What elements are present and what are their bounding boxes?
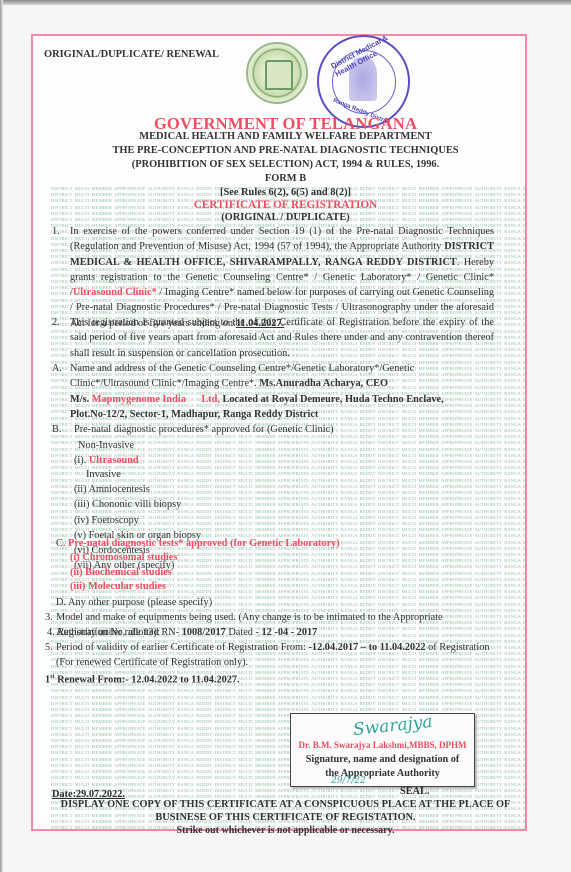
strike-out-note: Strike out whichever is not applicable o…	[0, 825, 571, 836]
seal-label: SEAL.	[400, 786, 429, 797]
ultrasound-prefix: (i).	[74, 455, 86, 466]
renewal-period: 1st Renewal From:- 12.04.2022 to 11.04.2…	[45, 670, 240, 688]
validity-label: Period of validity of earlier Certificat…	[56, 642, 306, 653]
clause-1-text: In exercise of the powers conferred unde…	[70, 226, 494, 252]
list-item: (i) Chromosomal studies	[70, 551, 177, 566]
list-item: (ii) Biochemical studies	[70, 566, 177, 581]
clause-2-number: 2.	[52, 315, 60, 330]
section-a: Name and address of the Genetic Counseli…	[70, 361, 490, 422]
signature-box: Swarajya Dr. B.M. Swarajya Lakshmi,MBBS,…	[290, 713, 475, 787]
clause-4: 4. Registration No. allotted RN- 1008/20…	[47, 625, 317, 640]
genetic-tests-list: (i) Chromosomal studies(ii) Biochemical …	[70, 551, 177, 595]
clause-4-number: 4.	[47, 627, 55, 638]
company-name: Mapmygenome India	[92, 394, 186, 405]
procedure-ultrasound: (i). Ultrasound	[74, 453, 139, 468]
display-notice-1: DISPLAY ONE COPY OF THIS CERTIFICATE AT …	[0, 799, 571, 810]
validity-from: -12.04.2017	[309, 642, 359, 653]
certificate-title: CERTIFICATE OF REGISTRATION	[0, 199, 571, 211]
handwritten-date: 29/7/22	[331, 776, 366, 786]
list-item: (iv) Foetoscopy	[74, 513, 201, 528]
section-c-heading: C. Pre-natal diagnostic tests* approved …	[56, 536, 340, 551]
department-title: MEDICAL HEALTH AND FAMILY WELFARE DEPART…	[0, 131, 571, 142]
form-label: FORM B	[0, 173, 571, 184]
address-line-2: Plot.No-12/2, Sector-1, Madhapur, Ranga …	[70, 409, 318, 420]
renewal-ordinal-suffix: st	[50, 674, 54, 680]
signature-scribble: Swarajya	[352, 712, 433, 740]
owner-name: Ms.Anuradha Acharya, CEO	[259, 378, 388, 389]
display-notice-2: BUSINESE OF THIS CERTIFICATE OF REGISTAT…	[0, 812, 571, 823]
registration-date: 12 -04 - 2017	[262, 627, 318, 638]
copy-type-label: ORIGINAL/DUPLICATE/ RENEWAL	[44, 49, 219, 60]
act-title-line-1: THE PRE-CONCEPTION AND PRE-NATAL DIAGNOS…	[0, 145, 571, 156]
invasive-label: Invasive	[86, 467, 121, 482]
signature-label-2: the Appropriate Authority	[291, 768, 474, 779]
non-invasive-label: Non-Invasive	[78, 438, 134, 453]
list-item: (ii) Amniocentesis	[74, 482, 201, 497]
clause-2: This registration is granted subject to …	[70, 315, 494, 361]
ultrasound-label: Ultrasound	[89, 455, 139, 466]
address-line-1: Located at Royal Demeure, Huda Techno En…	[223, 394, 444, 405]
scan-edge-top	[0, 0, 571, 5]
registration-number-label: Registration No. allotted RN-	[57, 627, 179, 638]
registration-number: 1008/2017	[182, 627, 226, 638]
section-d: D. Any other purpose (please specify)	[56, 595, 212, 610]
renewal-text: Renewal From:- 12.04.2022 to 11.04.2027.	[57, 674, 240, 685]
clause-5-number: 5.	[45, 640, 53, 655]
section-c-label: C.	[56, 538, 65, 549]
list-item: (iii) Molecular studies	[70, 580, 177, 595]
section-c-text: Pre-natal diagnostic tests* approved (fo…	[68, 538, 340, 549]
section-a-label: A.	[52, 361, 62, 376]
certificate-subtitle: (ORIGINAL / DUPLICATE)	[0, 212, 571, 223]
validity-to: – to 11.04.2022	[361, 642, 426, 653]
emblem-gateway-icon	[265, 60, 293, 90]
registration-dated-label: Dated -	[228, 627, 259, 638]
clause-5: Period of validity of earlier Certificat…	[56, 640, 496, 671]
clause-3-number: 3.	[45, 610, 53, 625]
section-b-text: Pre-natal diagnostic procedures* approve…	[74, 422, 334, 437]
signature-label-1: Signature, name and designation of	[291, 754, 474, 765]
ultrasound-clinic-highlight: Ultrasound Clinic*	[73, 287, 157, 298]
ms-prefix: M/s.	[70, 394, 89, 405]
signatory-name: Dr. B.M. Swarajya Lakshmi,MBBS, DPHM	[291, 740, 474, 750]
telangana-emblem-icon	[246, 42, 308, 104]
act-title-line-2: (PROHIBITION OF SEX SELECTION) ACT, 1994…	[0, 159, 571, 170]
rules-reference: [See Rules 6(2), 6(5) and 8(2)]	[0, 187, 571, 198]
list-item: (iii) Chononic villi biopsy	[74, 497, 201, 512]
section-b-label: B.	[52, 422, 61, 437]
clause-1-number: 1.	[52, 224, 60, 239]
company-suffix: Ltd,	[201, 394, 220, 405]
